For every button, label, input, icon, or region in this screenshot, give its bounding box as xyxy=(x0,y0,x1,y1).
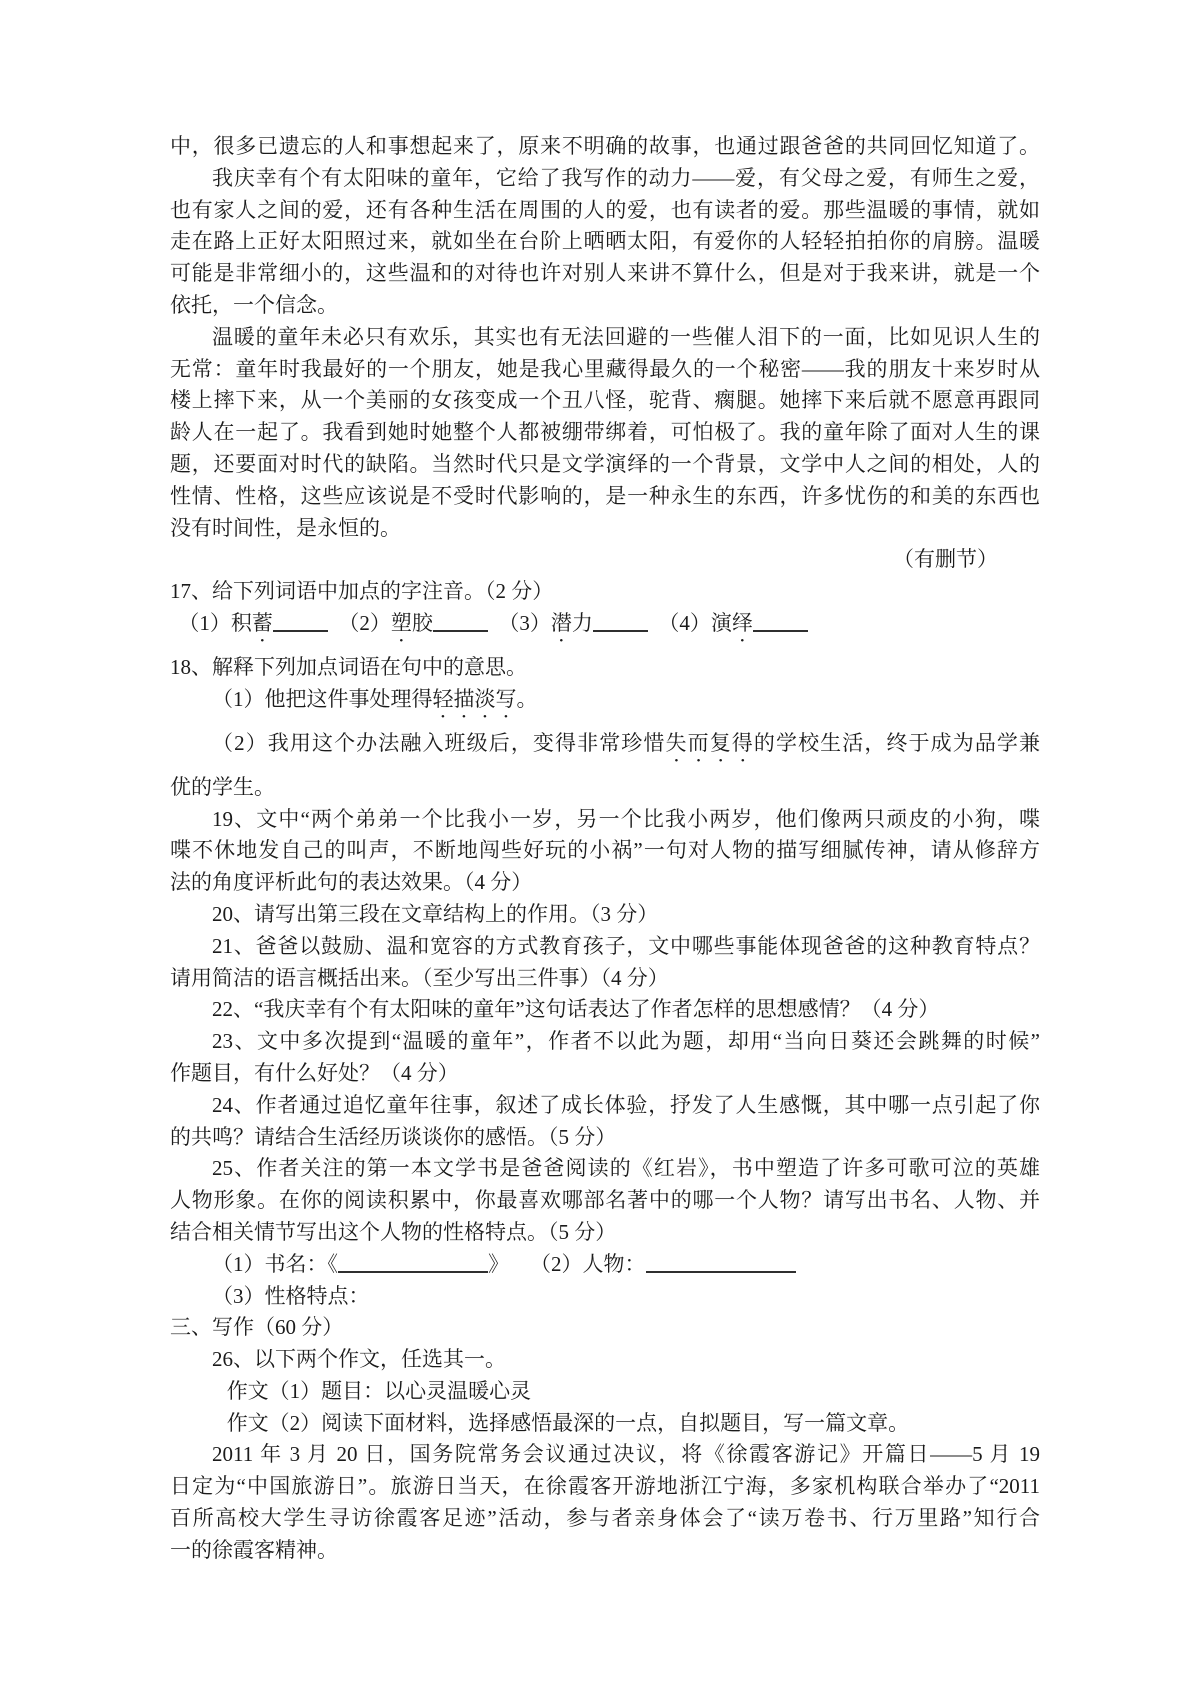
text-line: 请用简洁的语言概括出来。（至少写出三件事）（4 分） xyxy=(170,963,1040,995)
text-run: （3） xyxy=(488,611,551,635)
text-run: 24、作者通过追忆童年往事，叙述了成长体验，抒发了人生感慨，其中哪一点引起了你 xyxy=(212,1093,1040,1117)
text-run: 优的学生。 xyxy=(170,775,275,799)
text-line: 没有时间性，是永恒的。 xyxy=(170,513,1040,545)
text-line: 26、以下两个作文，任选其一。 xyxy=(170,1344,1040,1376)
text-run: 21、爸爸以鼓励、温和宽容的方式教育孩子，文中哪些事能体现爸爸的这种教育特点？ xyxy=(212,934,1040,958)
text-line: 18、解释下列加点词语在句中的意思。 xyxy=(170,652,1040,684)
text-line: 一的徐霞客精神。 xyxy=(170,1535,1040,1567)
text-line: （1）他把这件事处理得轻描淡写。 xyxy=(170,684,1040,723)
emphasized-word: 塑 xyxy=(391,611,412,635)
text-run: 的共鸣？请结合生活经历谈谈你的感悟。（5 分） xyxy=(170,1125,616,1149)
text-run: （1）他把这件事处理得 xyxy=(212,687,433,711)
answer-blank xyxy=(433,628,488,632)
exam-page: 中，很多已遗忘的人和事想起来了，原来不明确的故事，也通过跟爸爸的共同回忆知道了。… xyxy=(0,0,1200,1698)
text-run: 没有时间性，是永恒的。 xyxy=(170,516,401,540)
document-body: 中，很多已遗忘的人和事想起来了，原来不明确的故事，也通过跟爸爸的共同回忆知道了。… xyxy=(170,131,1040,1567)
text-line: 龄人在一起了。我看到她时她整个人都被绷带绑着，可怕极了。我的童年除了面对人生的课 xyxy=(170,417,1040,449)
text-run: 也有家人之间的爱，还有各种生活在周围的人的爱，也有读者的爱。那些温暖的事情，就如 xyxy=(170,198,1040,222)
text-run: （2） xyxy=(328,611,391,635)
text-line: 24、作者通过追忆童年往事，叙述了成长体验，抒发了人生感慨，其中哪一点引起了你 xyxy=(170,1090,1040,1122)
text-line: 17、给下列词语中加点的字注音。（2 分） xyxy=(170,576,1040,608)
text-run: 温暖的童年未必只有欢乐，其实也有无法回避的一些催人泪下的一面，比如见识人生的 xyxy=(212,325,1040,349)
text-run: 结合相关情节写出这个人物的性格特点。（5 分） xyxy=(170,1220,616,1244)
text-run: 无常：童年时我最好的一个朋友，她是我心里藏得最久的一个秘密——我的朋友十来岁时从 xyxy=(170,357,1040,381)
text-run: 26、以下两个作文，任选其一。 xyxy=(212,1347,506,1371)
emphasized-word: 绎 xyxy=(732,611,753,635)
text-line: 的共鸣？请结合生活经历谈谈你的感悟。（5 分） xyxy=(170,1122,1040,1154)
text-run: 性情、性格，这些应该说是不受时代影响的，是一种永生的东西，许多忧伤的和美的东西也 xyxy=(170,484,1040,508)
text-run: 龄人在一起了。我看到她时她整个人都被绷带绑着，可怕极了。我的童年除了面对人生的课 xyxy=(170,420,1040,444)
text-run: 作文（2）阅读下面材料，选择感悟最深的一点，自拟题目，写一篇文章。 xyxy=(227,1411,910,1435)
text-run: 一的徐霞客精神。 xyxy=(170,1538,338,1562)
text-run: 19、文中“两个弟弟一个比我小一岁，另一个比我小两岁，他们像两只顽皮的小狗，喋 xyxy=(212,807,1040,831)
text-run: 依托，一个信念。 xyxy=(170,293,338,317)
text-run: 百所高校大学生寻访徐霞客足迹”活动，参与者亲身体会了“读万卷书、行万里路”知行合 xyxy=(170,1506,1040,1530)
emphasized-word: 潜 xyxy=(551,611,572,635)
text-line: （3）性格特点： xyxy=(170,1281,1040,1313)
text-line: 作文（1）题目：以心灵温暖心灵 xyxy=(170,1376,1040,1408)
text-run: 20、请写出第三段在文章结构上的作用。（3 分） xyxy=(212,902,658,926)
text-run: 人物形象。在你的阅读积累中，你最喜欢哪部名著中的哪一个人物？请写出书名、人物、并 xyxy=(170,1188,1040,1212)
emphasized-word: 失而复得 xyxy=(666,731,754,755)
text-run: 胶 xyxy=(412,611,433,635)
text-line: 三、写作（60 分） xyxy=(170,1312,1040,1344)
answer-blank xyxy=(338,1269,488,1273)
text-run: 。 xyxy=(517,687,538,711)
text-run: 楼上摔下来，从一个美丽的女孩变成一个丑八怪，驼背、瘸腿。她摔下来后就不愿意再跟同 xyxy=(170,388,1040,412)
text-run: 作题目，有什么好处？（4 分） xyxy=(170,1061,459,1085)
text-line: 楼上摔下来，从一个美丽的女孩变成一个丑八怪，驼背、瘸腿。她摔下来后就不愿意再跟同 xyxy=(170,385,1040,417)
text-line: 20、请写出第三段在文章结构上的作用。（3 分） xyxy=(170,899,1040,931)
text-run: （1）书名：《 xyxy=(212,1252,338,1276)
text-run: 25、作者关注的第一本文学书是爸爸阅读的《红岩》，书中塑造了许多可歌可泣的英雄 xyxy=(212,1156,1040,1180)
text-line: 25、作者关注的第一本文学书是爸爸阅读的《红岩》，书中塑造了许多可歌可泣的英雄 xyxy=(170,1153,1040,1185)
answer-blank xyxy=(593,628,648,632)
text-line: （1）积蓄 （2）塑胶 （3）潜力 （4）演绎 xyxy=(170,608,1040,647)
answer-blank xyxy=(273,628,328,632)
answer-blank xyxy=(753,628,808,632)
text-run: 18、解释下列加点词语在句中的意思。 xyxy=(170,655,527,679)
text-run: 可能是非常细小的，这些温和的对待也许对别人来讲不算什么，但是对于我来讲，就是一个 xyxy=(170,261,1040,285)
text-run: 22、“我庆幸有个有太阳味的童年”这句话表达了作者怎样的思想感情？（4 分） xyxy=(212,997,939,1021)
text-run: （4）演 xyxy=(648,611,732,635)
text-line: 无常：童年时我最好的一个朋友，她是我心里藏得最久的一个秘密——我的朋友十来岁时从 xyxy=(170,354,1040,386)
text-line: 走在路上正好太阳照过来，就如坐在台阶上晒晒太阳，有爱你的人轻轻拍拍你的肩膀。温暖 xyxy=(170,226,1040,258)
text-line: 题，还要面对时代的缺陷。当然时代只是文学演绎的一个背景，文学中人之间的相处，人的 xyxy=(170,449,1040,481)
text-run: 23、文中多次提到“温暖的童年”，作者不以此为题，却用“当向日葵还会跳舞的时候” xyxy=(212,1029,1040,1053)
text-line: 我庆幸有个有太阳味的童年，它给了我写作的动力——爱，有父母之爱，有师生之爱， xyxy=(170,163,1040,195)
text-run: 日定为“中国旅游日”。旅游日当天，在徐霞客开游地浙江宁海，多家机构联合举办了“2… xyxy=(170,1474,1040,1498)
text-run: 作文（1）题目：以心灵温暖心灵 xyxy=(227,1379,532,1403)
text-line: 性情、性格，这些应该说是不受时代影响的，是一种永生的东西，许多忧伤的和美的东西也 xyxy=(170,481,1040,513)
text-line: （1）书名：《》 （2）人物： xyxy=(170,1249,1040,1281)
text-run: 请用简洁的语言概括出来。（至少写出三件事）（4 分） xyxy=(170,966,669,990)
text-run: 中，很多已遗忘的人和事想起来了，原来不明确的故事，也通过跟爸爸的共同回忆知道了。 xyxy=(170,134,1040,158)
text-line: 2011 年 3 月 20 日，国务院常务会议通过决议，将《徐霞客游记》开篇日—… xyxy=(170,1439,1040,1471)
text-run: （2）我用这个办法融入班级后，变得非常珍惜 xyxy=(212,731,666,755)
text-run: 法的角度评析此句的表达效果。（4 分） xyxy=(170,870,532,894)
text-line: 21、爸爸以鼓励、温和宽容的方式教育孩子，文中哪些事能体现爸爸的这种教育特点？ xyxy=(170,931,1040,963)
text-run: 喋不休地发自己的叫声，不断地闯些好玩的小祸”一句对人物的描写细腻传神，请从修辞方 xyxy=(170,838,1040,862)
emphasized-word: 蓄 xyxy=(252,611,273,635)
text-line: 作文（2）阅读下面材料，选择感悟最深的一点，自拟题目，写一篇文章。 xyxy=(170,1408,1040,1440)
text-run: 2011 年 3 月 20 日，国务院常务会议通过决议，将《徐霞客游记》开篇日—… xyxy=(212,1442,1040,1466)
text-run: 》 （2）人物： xyxy=(488,1252,646,1276)
text-run: 力 xyxy=(572,611,593,635)
text-line: 喋不休地发自己的叫声，不断地闯些好玩的小祸”一句对人物的描写细腻传神，请从修辞方 xyxy=(170,835,1040,867)
text-line: 19、文中“两个弟弟一个比我小一岁，另一个比我小两岁，他们像两只顽皮的小狗，喋 xyxy=(170,804,1040,836)
emphasized-word: 轻描淡写 xyxy=(433,687,517,711)
text-line: 中，很多已遗忘的人和事想起来了，原来不明确的故事，也通过跟爸爸的共同回忆知道了。 xyxy=(170,131,1040,163)
text-line: 依托，一个信念。 xyxy=(170,290,1040,322)
text-line: 人物形象。在你的阅读积累中，你最喜欢哪部名著中的哪一个人物？请写出书名、人物、并 xyxy=(170,1185,1040,1217)
text-run: 我庆幸有个有太阳味的童年，它给了我写作的动力——爱，有父母之爱，有师生之爱， xyxy=(212,166,1040,190)
text-line: 日定为“中国旅游日”。旅游日当天，在徐霞客开游地浙江宁海，多家机构联合举办了“2… xyxy=(170,1471,1040,1503)
answer-blank xyxy=(646,1269,796,1273)
text-run: 的学校生活，终于成为品学兼 xyxy=(754,731,1040,755)
text-run: 走在路上正好太阳照过来，就如坐在台阶上晒晒太阳，有爱你的人轻轻拍拍你的肩膀。温暖 xyxy=(170,229,1040,253)
text-run: （1）积 xyxy=(178,611,252,635)
text-line: 23、文中多次提到“温暖的童年”，作者不以此为题，却用“当向日葵还会跳舞的时候” xyxy=(170,1026,1040,1058)
text-line: 22、“我庆幸有个有太阳味的童年”这句话表达了作者怎样的思想感情？（4 分） xyxy=(170,994,1040,1026)
text-line: 可能是非常细小的，这些温和的对待也许对别人来讲不算什么，但是对于我来讲，就是一个 xyxy=(170,258,1040,290)
text-run: （3）性格特点： xyxy=(212,1284,370,1308)
text-run: 题，还要面对时代的缺陷。当然时代只是文学演绎的一个背景，文学中人之间的相处，人的 xyxy=(170,452,1040,476)
text-run: 17、给下列词语中加点的字注音。（2 分） xyxy=(170,579,553,603)
text-line: 也有家人之间的爱，还有各种生活在周围的人的爱，也有读者的爱。那些温暖的事情，就如 xyxy=(170,195,1040,227)
text-line: （有删节） xyxy=(170,544,1040,576)
text-line: 作题目，有什么好处？（4 分） xyxy=(170,1058,1040,1090)
text-line: 温暖的童年未必只有欢乐，其实也有无法回避的一些催人泪下的一面，比如见识人生的 xyxy=(170,322,1040,354)
text-line: 百所高校大学生寻访徐霞客足迹”活动，参与者亲身体会了“读万卷书、行万里路”知行合 xyxy=(170,1503,1040,1535)
text-line: 优的学生。 xyxy=(170,772,1040,804)
text-run: 三、写作（60 分） xyxy=(170,1315,343,1339)
text-line: （2）我用这个办法融入班级后，变得非常珍惜失而复得的学校生活，终于成为品学兼 xyxy=(170,728,1040,767)
text-run: （有删节） xyxy=(893,547,998,571)
text-line: 结合相关情节写出这个人物的性格特点。（5 分） xyxy=(170,1217,1040,1249)
text-line: 法的角度评析此句的表达效果。（4 分） xyxy=(170,867,1040,899)
